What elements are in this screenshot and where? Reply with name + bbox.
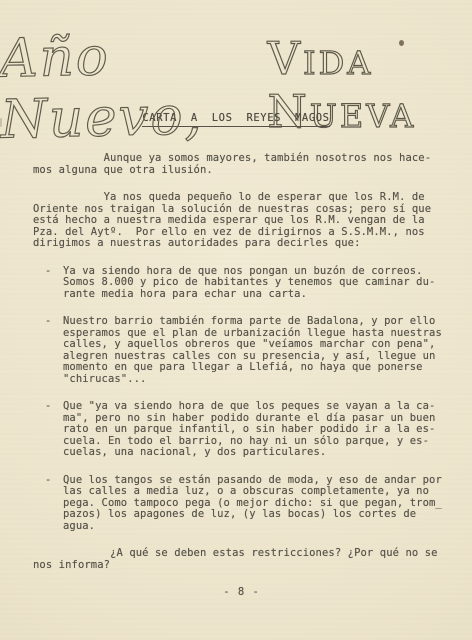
body-text: Aunque ya somos mayores, también nosotro… <box>33 153 450 599</box>
bullet-item-apagones: - Que los tangos se están pasando de mod… <box>33 475 450 533</box>
bullet-item-parques-escuelas: - Que "ya va siendo hora de que los pequ… <box>33 401 450 459</box>
page-title: Año Nuevo, Vida Nueva <box>0 0 472 92</box>
title-script-part: Año Nuevo, <box>0 23 251 150</box>
bullet-item-urbanizacion: - Nuestro barrio también forma parte de … <box>33 316 450 385</box>
bullet-text: Ya va siendo hora de que nos pongan un b… <box>63 266 450 301</box>
paragraph-intro: Aunque ya somos mayores, también nosotro… <box>33 153 450 176</box>
bullet-item-buzon: - Ya va siendo hora de que nos pongan un… <box>33 266 450 301</box>
bullet-dash: - <box>45 401 63 459</box>
scan-speck <box>399 40 404 46</box>
paragraph-reyes-magos: Ya nos queda pequeño lo de esperar que l… <box>33 192 450 250</box>
scanned-newsletter-page: Año Nuevo, Vida Nueva CARTA A LOS REYES … <box>0 0 472 640</box>
paragraph-closing-questions: ¿A qué se deben estas restricciones? ¿Po… <box>33 548 450 571</box>
bullet-dash: - <box>45 266 63 301</box>
scan-speck <box>0 118 2 127</box>
bullet-text: Nuestro barrio también forma parte de Ba… <box>63 316 450 385</box>
page-number: - 8 - <box>33 587 450 599</box>
bullet-text: Que los tangos se están pasando de moda,… <box>63 475 450 533</box>
bullet-text: Que "ya va siendo hora de que los peques… <box>63 401 450 459</box>
bullet-dash: - <box>45 475 63 533</box>
bullet-dash: - <box>45 316 63 385</box>
